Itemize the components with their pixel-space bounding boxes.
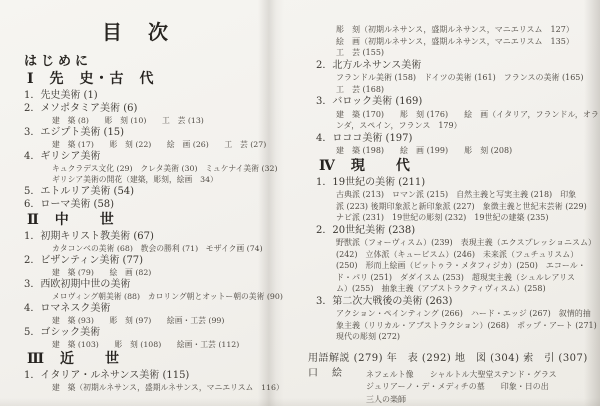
toc-chapter-line: Ⅱ 中 世: [24, 211, 272, 230]
toc-cont-line: ジュリアーノ・デ・メディチの墓 印象・日の出: [316, 381, 600, 394]
toc-sub-line: アクション・ペインティング (266) ハード・エッジ (267) 叙情的抽: [316, 308, 600, 320]
toc-sub-line: フランドル美術 (158) ドイツの美術 (161) フランスの美術 (165): [316, 72, 600, 84]
toc-sub-line: 建 築 (93) 彫 刻 (97) 絵画・工芸 (99): [24, 315, 272, 326]
frontispiece-label: 口 絵: [308, 368, 366, 382]
toc-sub-line: 彫 刻（初期ルネサンス，盛期ルネサンス，マニエリスム 127）: [316, 24, 600, 36]
toc-sub-line: 古典派 (213) ロマン派 (215) 自然主義と写実主義 (218) 印象: [316, 189, 600, 201]
toc-chapter-line: Ⅰ 先 史・古 代: [24, 70, 272, 89]
toc-sub-line: 野獣派（フォーヴィスム）(239) 表現主義（エクスプレッショニスム）: [316, 237, 600, 249]
toc-item-line: 5．エトルリア美術 (54): [24, 185, 272, 198]
toc-item-line: 4．ロマネスク美術: [24, 302, 272, 315]
toc-sub-line: 建 築 (103) 彫 刻 (108) 絵画・工芸 (112): [24, 339, 272, 350]
toc-chapter-line: Ⅲ 近 世: [24, 350, 272, 369]
toc-sub-line: キュクラデス文化 (29) クレタ美術 (30) ミュケナイ美術 (32): [24, 163, 272, 174]
left-page: 目 次はじめにⅠ 先 史・古 代1．先史美術 (1)2．メソポタミア美術 (6)…: [0, 0, 272, 406]
toc-sub-line: ンダ，スペイン，フランス 179）: [316, 120, 600, 132]
toc-item-line: 1．初期キリスト教美術 (67): [24, 230, 272, 243]
toc-back-line: 用語解説 (279) 年 表 (292) 地 図 (304) 索 引 (307): [308, 351, 600, 366]
toc-sub-line: ギリシア美術の開花（建築，彫刻，絵画 34）: [24, 174, 272, 185]
toc-frontis-line: 口 絵ネフェルト像 シャルトル大聖堂ステンド・グラス: [316, 368, 600, 382]
toc-item-line: 1．イタリア・ルネサンス美術 (115): [24, 369, 272, 382]
toc-item-line: 3．西欧初期中世の美術: [24, 278, 272, 291]
toc-sub-line: 派 (223) 後期印象派と新印象派 (227) 象徴主義と世紀末芸術 (229…: [316, 201, 600, 213]
toc-sub-line: 象主義（リリカル・アブストラクション）(268) ポップ・アート (271): [316, 320, 600, 332]
toc-sub-line: 工 芸 (155): [316, 47, 600, 59]
toc-sub-line: ド・パリ (251) ダダイスム (253) 超現実主義（シュルレアリス: [316, 272, 600, 284]
toc-chapter-line: Ⅳ 現 代: [316, 157, 600, 176]
toc-sub-line: 工 芸 (168): [316, 84, 600, 96]
toc-item-line: 5．ゴシック美術: [24, 326, 272, 339]
toc-item-line: 2．20世紀美術 (238): [316, 224, 600, 238]
toc-item-line: 1．19世紀の美術 (211): [316, 176, 600, 190]
toc-sub-line: 建 築（初期ルネサンス，盛期ルネサンス，マニエリスム 116）: [24, 382, 272, 393]
right-page: 彫 刻（初期ルネサンス，盛期ルネサンス，マニエリスム 127）絵 画（初期ルネサ…: [278, 0, 600, 406]
toc-item-line: 6．ローマ美術 (58): [24, 198, 272, 211]
frontispiece-entries: ネフェルト像 シャルトル大聖堂ステンド・グラス: [366, 368, 557, 382]
toc-cont-line: 三人の楽師: [316, 394, 600, 406]
toc-item-line: 3．エジプト美術 (15): [24, 126, 272, 139]
page-title: 目 次: [24, 20, 249, 44]
toc-sub-line: 絵 画（初期ルネサンス，盛期ルネサンス，マニエリスム 135）: [316, 36, 600, 48]
toc-sub-line: (242) 立体派（キュービスム）(246) 未来派（フュチュリスム）: [316, 249, 600, 261]
toc-item-line: 4．ギリシア美術: [24, 150, 272, 163]
toc-sub-line: 建 築 (170) 彫 刻 (176) 絵 画（イタリア，フランドル，オラ: [316, 109, 600, 121]
toc-sub-line: 建 築 (79) 絵 画 (82): [24, 267, 272, 278]
toc-item-line: 3．バロック美術 (169): [316, 95, 600, 109]
toc-sub-line: 建 築 (8) 彫 刻 (10) 工 芸 (13): [24, 115, 272, 126]
toc-sub-line: 現代の彫刻 (272): [316, 331, 600, 343]
toc-sub-line: カタコンベの美術 (68) 教会の勝利 (71) モザイク画 (74): [24, 243, 272, 254]
toc-sub-line: 建 築 (198) 絵 画 (199) 彫 刻 (208): [316, 145, 600, 157]
toc-item-line: 2．メソポタミア美術 (6): [24, 102, 272, 115]
toc-item-line: 2．北方ルネサンス美術: [316, 59, 600, 73]
toc-sub-line: ム）(255) 抽象主義（アブストラクティヴィスム）(258): [316, 283, 600, 295]
scanned-book-photo: { "colors": { "paper": "#f2f0ec", "ink":…: [0, 0, 600, 406]
toc-intro-line: はじめに: [24, 54, 272, 70]
toc-sub-line: メロヴィング朝美術 (88) カロリング朝とオットー朝の美術 (90): [24, 291, 272, 302]
toc-item-line: 2．ビザンティン美術 (77): [24, 254, 272, 267]
toc-sub-line: ナビ派 (231) 19世紀の彫刻 (232) 19世紀の建築 (235): [316, 212, 600, 224]
toc-sub-line: (250) 形而上絵画（ピットゥラ・メタフィジカ）(250) エコール・: [316, 260, 600, 272]
toc-item-line: 3．第二次大戦後の美術 (263): [316, 295, 600, 309]
toc-sub-line: 建 築 (17) 彫 刻 (22) 絵 画 (26) 工 芸 (27): [24, 139, 272, 150]
toc-item-line: 1．先史美術 (1): [24, 89, 272, 102]
toc-item-line: 4．ロココ美術 (197): [316, 132, 600, 146]
